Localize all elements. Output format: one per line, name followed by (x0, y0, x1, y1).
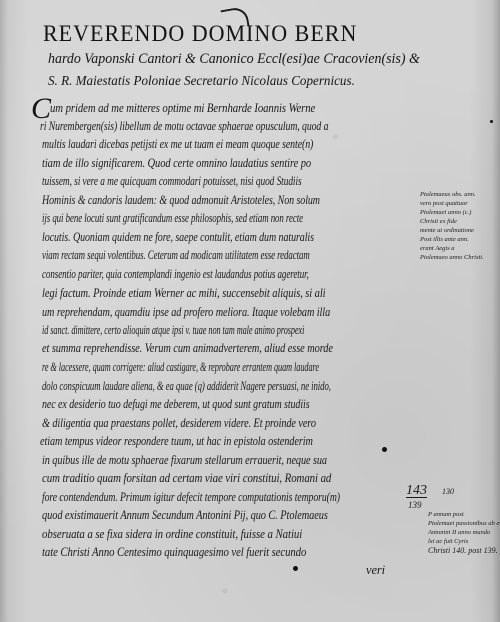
body-line: ri Nurembergen(sis) libellum de motu oct… (40, 119, 328, 134)
folio-sub-number: 139 (408, 500, 422, 510)
body-line: tuissem, si vere a me quicquam commodari… (42, 174, 302, 189)
body-line: et summa reprehendisse. Verum cum animad… (42, 341, 333, 356)
body-line: ijs qui bene locuti sunt gratificandum e… (42, 211, 303, 226)
margin-note-line: Ptolemaeus obs. ann. (420, 190, 484, 199)
margin-note-line: Ptolemaeo anno Christi. (420, 253, 484, 262)
margin-note-line: vero post quattuor (420, 199, 484, 208)
body-line: nec ex desiderio tuo defugi me deberem, … (42, 397, 310, 412)
body-line: etiam tempus videor respondere tuum, ut … (40, 434, 313, 449)
ink-spot (490, 120, 493, 123)
body-line: legi factum. Proinde etiam Werner ac mih… (42, 286, 326, 301)
body-line: cum traditio quam forsitan ad certam via… (42, 471, 331, 486)
body-line: fore contendendum. Primum igitur defecit… (42, 490, 340, 505)
body-line: um reprehendam, quamdiu ipse ad profero … (42, 305, 330, 320)
body-line: tiam de illo significarem. Quod certe om… (42, 156, 311, 171)
body-line: quod existimauerit Annum Secundum Antoni… (42, 508, 328, 523)
ink-spot (382, 447, 387, 452)
margin-note-line: lxi ac fuit Cyris (428, 537, 500, 546)
margin-note-line: Ptolemaei passionibus ab eo. (428, 519, 500, 528)
body-line: veri (366, 563, 385, 578)
letter-heading-line-2: hardo Vaponski Cantori & Canonico Eccl(e… (48, 51, 420, 68)
margin-note-lower: P annum post Ptolemaei passionibus ab eo… (428, 510, 500, 555)
body-line: tate Christi Anno Centesimo quinquagesim… (42, 545, 306, 560)
letter-heading-title: REVERENDO DOMINO BERN (43, 20, 357, 47)
margin-note-upper: Ptolemaeus obs. ann. vero post quattuor … (420, 190, 484, 262)
manuscript-page: REVERENDO DOMINO BERN hardo Vaponski Can… (0, 0, 500, 622)
margin-note-line: P annum post (428, 510, 500, 519)
margin-note-line: Christi 140. post 139. (428, 546, 500, 555)
margin-note-line: Antonini II anno mundo (428, 528, 500, 537)
folio-number: 143 (406, 484, 427, 498)
body-line: & diligentia qua praestans pollet, desid… (42, 416, 316, 431)
body-line: id sanct. dimittere, certo alioquin atqu… (42, 323, 304, 338)
body-line: um pridem ad me mitteres optime mi Bernh… (50, 101, 315, 116)
body-line: multis laudari dicebas petijsti ex me ut… (42, 137, 313, 152)
body-line: in quibus ille de motu sphaerae fixarum … (42, 453, 327, 468)
folio-reference: 130 (442, 487, 454, 496)
margin-note-line: Post illis ante ann. (420, 235, 484, 244)
margin-note-line: erant Aegis a (420, 244, 484, 253)
margin-note-line: Christi ex fide (420, 217, 484, 226)
ink-spot (293, 566, 298, 571)
body-line: re & lacessere, quam corrigere: aliud ca… (42, 360, 319, 375)
body-line: dolo conspicuum laudare aliena, & ea qua… (42, 379, 331, 394)
body-line: Hominis & candoris laudem: & quod admonu… (42, 193, 320, 208)
body-line: obseruata a se fixa sidera in ordine con… (42, 527, 302, 542)
body-line: consentio pariter, quia contemplandi ing… (42, 267, 309, 282)
body-line: locutis. Quoniam quidem ne fore, saepe c… (42, 230, 314, 245)
margin-note-line: mente ut ordinatione (420, 226, 484, 235)
letter-heading-line-3: S. R. Maiestatis Poloniae Secretario Nic… (48, 73, 355, 89)
body-line: viam rectam sequi volentibus. Ceterum ad… (42, 248, 310, 263)
margin-note-line: Ptolemaei anno (c.) (420, 208, 484, 217)
